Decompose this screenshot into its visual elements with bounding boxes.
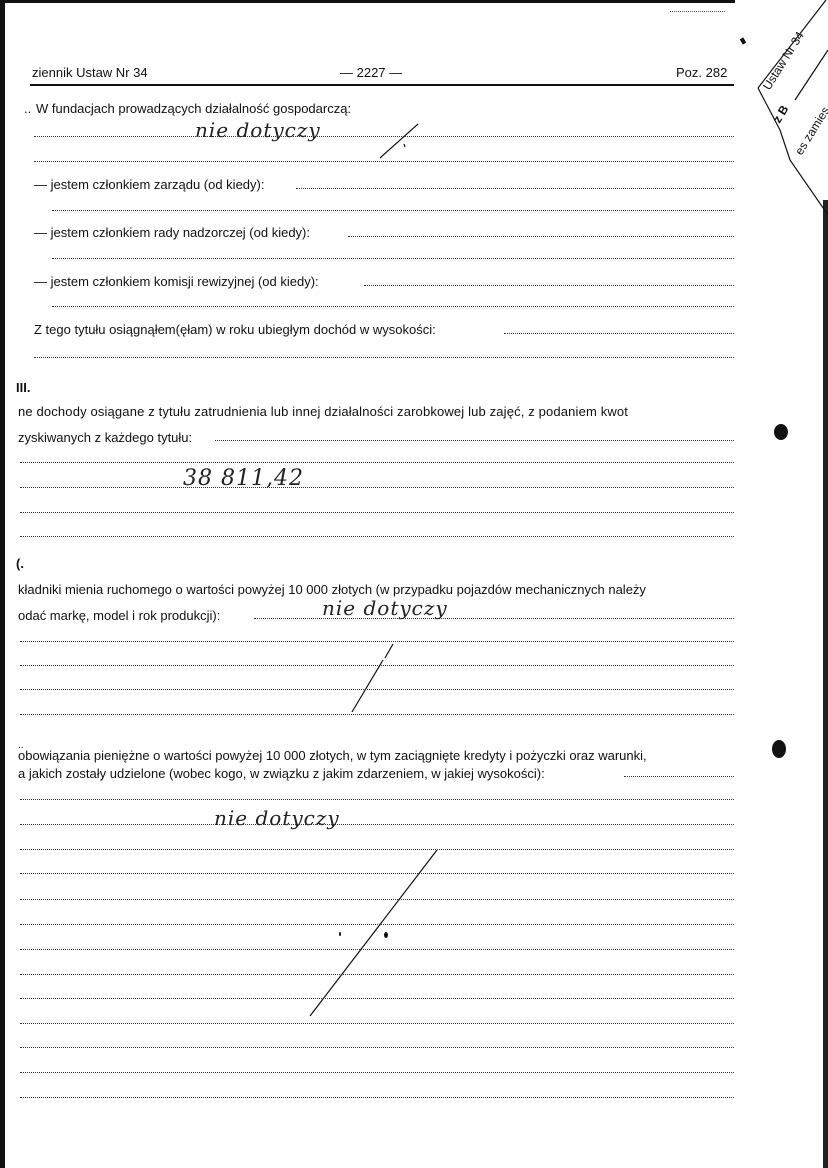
supervisory-member-field[interactable] [348, 236, 734, 237]
audit-member-label: — jestem członkiem komisji rewizyjnej (o… [34, 274, 319, 289]
journal-title: ziennik Ustaw Nr 34 [32, 65, 148, 80]
scan-left-edge [0, 0, 5, 1168]
answer-line[interactable] [34, 357, 734, 358]
answer-line[interactable] [20, 1097, 734, 1098]
section-x-line-2: a jakich zostały udzielone (wobec kogo, … [18, 766, 545, 781]
punch-hole-mark [774, 424, 788, 440]
answer-line[interactable] [20, 998, 734, 999]
header-rule [30, 84, 734, 86]
section-viii-number: III. [16, 380, 30, 395]
section-viii-line-2: zyskiwanych z każdego tytułu: [18, 430, 192, 445]
answer-line[interactable] [20, 974, 734, 975]
answer-line[interactable] [20, 1072, 734, 1073]
handwritten-answer: nie dotyczy [214, 806, 340, 830]
income-label: Z tego tytułu osiągnąłem(ęłam) w roku ub… [34, 322, 436, 337]
answer-line[interactable] [20, 536, 734, 537]
section-ix-number: (. [16, 556, 24, 571]
board-member-field[interactable] [296, 188, 734, 189]
answer-line[interactable] [52, 210, 734, 211]
answer-line[interactable] [52, 306, 734, 307]
answer-line[interactable] [20, 641, 734, 642]
answer-line[interactable] [52, 258, 734, 259]
section-marker: .. [24, 101, 31, 116]
section-ix-line-1: kładniki mienia ruchomego o wartości pow… [18, 582, 646, 597]
handwritten-answer: nie dotyczy [322, 596, 448, 620]
board-member-label: — jestem członkiem zarządu (od kiedy): [34, 177, 264, 192]
answer-line[interactable] [20, 512, 734, 513]
answer-line[interactable] [20, 487, 734, 488]
answer-line[interactable] [20, 924, 734, 925]
scan-right-edge [823, 200, 828, 1168]
answer-line[interactable] [20, 799, 734, 800]
answer-line[interactable] [20, 849, 734, 850]
punch-hole-mark [772, 740, 786, 758]
answer-line[interactable] [20, 714, 734, 715]
section-x-line-1: obowiązania pieniężne o wartości powyżej… [18, 748, 647, 763]
stamp-line-2: z B [770, 103, 791, 126]
answer-line[interactable] [20, 689, 734, 690]
position-number: Poz. 282 [676, 65, 727, 80]
answer-line[interactable] [20, 824, 734, 825]
answer-line[interactable] [20, 462, 734, 463]
answer-line[interactable] [20, 873, 734, 874]
answer-line[interactable] [20, 949, 734, 950]
section-viii-line-1: ne dochody osiągane z tytułu zatrudnieni… [18, 404, 628, 419]
section-viii-field[interactable] [215, 440, 734, 441]
income-field[interactable] [504, 333, 734, 334]
answer-line[interactable] [34, 136, 734, 137]
stamp-line-3: es zamies [792, 104, 828, 157]
supervisory-member-label: — jestem członkiem rady nadzorczej (od k… [34, 225, 310, 240]
registry-stamp: Ustaw Nr 34 z B es zamies [730, 0, 828, 220]
answer-line[interactable] [20, 899, 734, 900]
audit-member-field[interactable] [364, 285, 734, 286]
scan-top-edge [0, 0, 735, 3]
scan-top-dots [670, 11, 725, 12]
handwritten-answer: nie dotyczy [195, 118, 321, 142]
section-x-field[interactable] [624, 776, 734, 777]
foundations-title: W fundacjach prowadzących działalność go… [36, 101, 351, 116]
section-ix-line-2: odać markę, model i rok produkcji): [18, 608, 220, 623]
answer-line[interactable] [20, 665, 734, 666]
page-number: — 2227 — [340, 65, 402, 80]
answer-line[interactable] [34, 161, 734, 162]
stamp-line-1: Ustaw Nr 34 [760, 29, 807, 92]
answer-line[interactable] [20, 1023, 734, 1024]
answer-line[interactable] [20, 1047, 734, 1048]
